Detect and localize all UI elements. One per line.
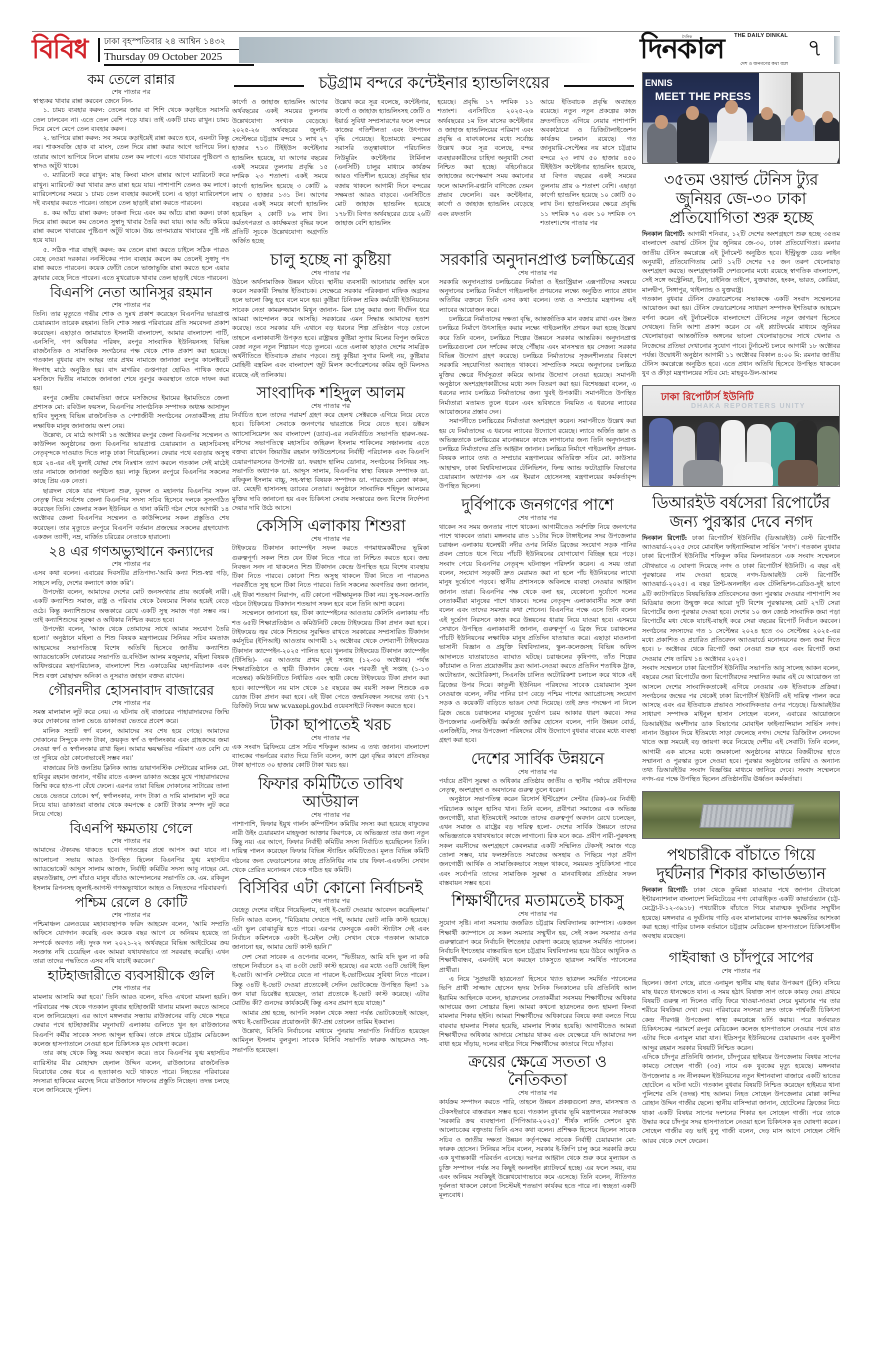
paragraph: উল্লেখ্য, যে মাঠে আগামী ১৪ অক্টোবর রংপুর… xyxy=(33,431,229,487)
continued-kicker: শেষ পাতার পর xyxy=(232,269,429,278)
article: দুর্বিপাকে জনগণের পাশেশেষ পাতার পরথাকেন … xyxy=(439,496,636,746)
continued-kicker: শেষ পাতার পর xyxy=(232,811,429,820)
paragraph: পশ্চিমাঞ্চল রেলওয়ের মহাব্যবস্থাপক ফরিদ … xyxy=(33,920,229,966)
lead-column: হয়েছে। প্রবৃদ্ধি ১৭ দশমিক ১১ শতাংশ। এনস… xyxy=(438,98,534,247)
date-block: ঢাকা বৃহস্পতিবার ২৪ আশ্বিন ১৪৩২ Thursday… xyxy=(104,36,254,66)
article-body: যেহেতু দেশের বাইরে গিয়েছিলাম, তাই ই-ভোট… xyxy=(232,906,429,1055)
continued-kicker: শেষ পাতার পর xyxy=(33,560,229,569)
photo-person xyxy=(733,462,773,486)
snake-story-body: ছিলেন। জানা গেছে, রাতে এনামুল স্থানীয় ম… xyxy=(642,979,840,1146)
article-headline: চালু হচ্ছে না কুষ্টিয়া xyxy=(232,251,429,269)
article-body: আমাদের ঐক্যবদ্ধ থাকতে হবে। গণতন্ত্রের প্… xyxy=(33,846,229,892)
photo-person xyxy=(683,460,723,486)
article: হাটহাজারীতে ব্যবসায়ীকে গুলিশেষ পাতার পর… xyxy=(33,968,229,1095)
lead-headline-row: চট্টগ্রাম বন্দরে কন্টেইনার হ্যান্ডলিংয়ে… xyxy=(232,74,636,96)
paragraph: তিনি। তার মৃত্যুতে গভীর শোক ও দুঃখ প্রকা… xyxy=(33,310,229,394)
photo-banner-small: ENNIS xyxy=(645,78,673,88)
paragraph: কার্যক্রম সম্পাদন করতে পারি, তাহলে উন্নয… xyxy=(439,1098,636,1200)
paragraph: ৪. কম আঁচে রান্না করুন: ঢাকনা দিয়ে এবং … xyxy=(33,209,229,246)
article-body: পাশাপাশি, ফিফার ইয়ুথ গার্লস কম্পিটিশন ক… xyxy=(232,820,429,876)
paragraph: দেশ সেরা সাবেক এ ওপেনার বলেন, "দ্বিতীয়ত… xyxy=(232,953,429,1009)
photo-person xyxy=(677,113,709,163)
photo-person-head xyxy=(822,111,833,123)
lead-column: আয়ে ইতিবাচক প্রবৃদ্ধি অব্যাহত রয়েছে। ন… xyxy=(540,98,636,247)
middle-left-stack: চালু হচ্ছে না কুষ্টিয়াশেষ পাতার পরউঠলে … xyxy=(232,247,429,1201)
paragraph: এ নিয়ে 'সুপ্রভাবী ছাত্রনেতা' হিসেবে খ্য… xyxy=(439,975,636,1049)
lead-article-columns: কার্গো ও জাহাজ হ্যান্ডলিং আগের অর্থবছরের… xyxy=(232,98,636,247)
paragraph: ৫. সঠিক পাত্র বাছাই করুন: কম তেলে রান্না… xyxy=(33,246,229,283)
covered-van-photo xyxy=(642,791,840,839)
photo-person xyxy=(649,418,673,486)
paragraph: ১. চামচ ব্যবহার করুন: তেলের জার বা শিশি … xyxy=(33,106,229,134)
article: পশ্চিম রেলে ৪ কোটিশেষ পাতার পরপশ্চিমাঞ্চ… xyxy=(33,895,229,966)
paragraph: সমস্ত মালামাল লুট করে নেয়। এ ঘটনায় ওই … xyxy=(33,708,229,727)
article-body: তিনি। তার মৃত্যুতে গভীর শোক ও দুঃখ প্রকা… xyxy=(33,310,229,542)
article: ক্রয়ের ক্ষেত্রে সততা ও নৈতিকতাশেষ পাতার… xyxy=(439,1053,636,1200)
paragraph: রংপুর কেন্দ্রীয় কেরামতিয়া জামে মসজিদের… xyxy=(33,394,229,431)
tennis-press-photo: ENNIS MEET THE PRESS xyxy=(642,72,840,164)
continued-kicker: শেষ পাতার পর xyxy=(439,768,636,777)
masthead: বিবিধ ঢাকা বৃহস্পতিবার ২৪ আশ্বিন ১৪৩২ Th… xyxy=(32,31,840,65)
paragraph: থাকেন সব সময় জনতার পাশে থাকেন। আগামীতেও… xyxy=(439,523,636,746)
article: বিএনপি ক্ষমতায় গেলেশেষ পাতার পরআমাদের ঐ… xyxy=(33,821,229,892)
article-body: উঠলে অর্থসামাজিক উন্নয়ন ঘটবে। স্থানীয় … xyxy=(232,278,429,380)
paper-logo: দিনকাল দৈনিক THE DAILY DINKAL দেশ ও জনগণ… xyxy=(640,33,788,67)
photo-person-head xyxy=(793,109,805,122)
article-body: সমস্ত মালামাল লুট করে নেয়। এ ঘটনায় ওই … xyxy=(33,708,229,820)
photo-person-head xyxy=(725,100,738,114)
van-story-body: দিনকাল রিপোর্ট: ঢাকা থেকে কুমিল্লা যাওয়… xyxy=(642,886,840,942)
headline-rule-right xyxy=(564,85,634,87)
left-column: কম তেলে রান্নারশেষ পাতার পরস্বাস্থ্যকর খ… xyxy=(33,70,229,1096)
photo-person-head xyxy=(761,107,773,120)
lead-headline: চট্টগ্রাম বন্দরে কন্টেইনার হ্যান্ডলিংয়ে… xyxy=(232,74,636,92)
article-headline: টাকা ছাপাতেই খরচ xyxy=(232,716,429,734)
paragraph: মালিক সম্রাট স্বর্ণ বলেন, আমাদের সব শেষ … xyxy=(33,727,229,764)
article-body: থাকেন সব সময় জনতার পাশে থাকেন। আগামীতেও… xyxy=(439,523,636,746)
article-headline: গৌরনদীর হোসনাবাদ বাজারের xyxy=(33,683,229,699)
article: ২৪ এর গণঅভ্যুত্থানে কন্যাদেরশেষ পাতার পর… xyxy=(33,544,229,681)
paragraph: মামলায় আসামি করা হবে।' তিনি আরও বলেন, য… xyxy=(33,993,229,1049)
article-headline: বিএনপি নেতা আনিসুর রহমান xyxy=(33,285,229,301)
middle-section: চট্টগ্রাম বন্দরে কন্টেইনার হ্যান্ডলিংয়ে… xyxy=(232,70,636,1201)
continued-kicker: শেষ পাতার পর xyxy=(33,301,229,310)
article: চালু হচ্ছে না কুষ্টিয়াশেষ পাতার পরউঠলে … xyxy=(232,251,429,380)
photo-van-shape xyxy=(699,804,794,828)
continued-kicker: শেষ পাতার পর xyxy=(439,1089,636,1098)
photo-banner-english: DHAKA REPORTERS UNITY xyxy=(691,403,805,410)
paragraph: উল্লেখ্য, বিসিবি নির্বাচনের মাধ্যমে পুনর… xyxy=(232,1027,429,1055)
photo-person xyxy=(647,123,677,163)
article-headline: ২৪ এর গণঅভ্যুত্থানে কন্যাদের xyxy=(33,544,229,560)
article-body: পশ্চিমাঞ্চল রেলওয়ের মহাব্যবস্থাপক ফরিদ … xyxy=(33,920,229,966)
continued-kicker: শেষ পাতার পর xyxy=(232,402,429,411)
masthead-gradient-band xyxy=(239,37,599,63)
article-headline: বিসিবির এটা কোনো নির্বাচনই xyxy=(232,879,429,897)
continued-kicker: শেষ পাতার পর xyxy=(439,514,636,523)
paragraph: উপদেষ্টা বলেন, আমাদের দেশের মোট জনসংখ্যা… xyxy=(33,588,229,625)
paragraph: আগামী শনিবার, ১২টি দেশের অংশগ্রহণে শুরু … xyxy=(642,230,840,294)
paragraph: সুযোগ সৃষ্টি। নানা সমস্যায় জর্জরিত চট্ট… xyxy=(439,919,636,975)
continued-kicker: শেষ পাতার পর xyxy=(33,837,229,846)
paragraph: ৩. ম্যারিনেট করে রাখুন: মাছ কিংবা মাংস র… xyxy=(33,171,229,208)
article-body: এক সংবাদ ব্রিফিংয়ে প্রেস সচিব শফিকুল আল… xyxy=(232,743,429,771)
paragraph: গতকাল বুধবার টেনিস ফেডারেশনের সভাকক্ষে এ… xyxy=(642,295,840,379)
continued-kicker: শেষ পাতার পর xyxy=(33,88,229,97)
article-body: সরকারি অনুদানপ্রাপ্ত চলচ্চিত্রের নির্মাত… xyxy=(439,278,636,492)
article-body: মামলায় আসামি করা হবে।' তিনি আরও বলেন, য… xyxy=(33,993,229,1095)
article-body: নির্বাচিত হলে তাদের পরামর্শ গ্রহণ করে হে… xyxy=(232,411,429,513)
paragraph: বাজারের নিউ জনপ্রিয় ক্লিনিক অ্যান্ড ডায… xyxy=(33,764,229,820)
right-column: ENNIS MEET THE PRESS ৩৫তম ওয়ার্ল্ড টেনি… xyxy=(642,72,840,1146)
article-headline: হাটহাজারীতে ব্যবসায়ীকে গুলি xyxy=(33,968,229,984)
paragraph: নির্বাচিত হলে তাদের পরামর্শ গ্রহণ করে হে… xyxy=(232,411,429,513)
article: বিএনপি নেতা আনিসুর রহমানশেষ পাতার পরতিনি… xyxy=(33,285,229,542)
paragraph: পর্যায়ে প্রবীণ সুরক্ষা ও অধিকার প্রতিষ্… xyxy=(439,777,636,796)
middle-right-stack: সরকারি অনুদানপ্রাপ্ত চলচ্চিত্রেরশেষ পাতা… xyxy=(439,247,636,1201)
photo-table xyxy=(709,141,840,163)
continued-kicker: শেষ পাতার পর xyxy=(33,911,229,920)
continued-kicker: শেষ পাতার পর xyxy=(232,734,429,743)
lead-column: উল্লেখ করে সূত্র বলেছে, কন্টেইনার, কার্গ… xyxy=(335,98,431,247)
dru-story-body: দিনকাল রিপোর্ট: ঢাকা রিপোর্টার্স ইউনিটির… xyxy=(642,534,840,785)
paragraph: সম্মেলনে জানানো হয়, টিকা ক্যাম্পেইনের আ… xyxy=(232,609,429,711)
article-headline: দেশের সার্বিক উন্নয়নে xyxy=(439,750,636,768)
photo-banner-text: MEET THE PRESS xyxy=(655,91,751,103)
article: বিসিবির এটা কোনো নির্বাচনইশেষ পাতার পরযে… xyxy=(232,879,429,1055)
article-headline: কেসিসি এলাকায় শিশুরা xyxy=(232,517,429,535)
article-body: পর্যায়ে প্রবীণ সুরক্ষা ও অধিকার প্রতিষ্… xyxy=(439,777,636,889)
paragraph: তার কাছ থেকে কিছু সময় অবস্থান করে। তবে … xyxy=(33,1049,229,1095)
masthead-divider xyxy=(98,38,100,62)
paragraph: আমার প্রশ্ন হচ্ছে, আপনি সকাল থেকে সন্ধ্য… xyxy=(232,1009,429,1028)
paper-slogan: দেশ ও জনগণের কথা বলে xyxy=(740,61,788,68)
paragraph: সমাপনীতে চলচ্চিত্রের নির্মাতারা অংশগ্রহণ… xyxy=(439,417,636,491)
paragraph: পাশাপাশি, ফিফার ইয়ুথ গার্লস কম্পিটিশন ক… xyxy=(232,820,429,876)
paragraph: স্বাস্থ্যকর খাবার রান্না করবেন জেনে নিন- xyxy=(33,97,229,106)
paragraph: উপদেষ্টা বলেন, 'আজ থেকে তোমাদের সাথে আমা… xyxy=(33,625,229,681)
article-body: স্বাস্থ্যকর খাবার রান্না করবেন জেনে নিন-… xyxy=(33,97,229,283)
lead-column: কার্গো ও জাহাজ হ্যান্ডলিং আগের অর্থবছরের… xyxy=(232,98,328,247)
article: সরকারি অনুদানপ্রাপ্ত চলচ্চিত্রেরশেষ পাতা… xyxy=(439,251,636,492)
continued-kicker: শেষ পাতার পর xyxy=(439,269,636,278)
article-headline: ক্রয়ের ক্ষেত্রে সততা ও নৈতিকতা xyxy=(439,1053,636,1089)
continued-kicker: শেষ পাতার পর xyxy=(642,967,840,976)
paragraph: অনুষ্ঠানে সভাপতিত্ব করেন রিসোর্স ইন্টিগ্… xyxy=(439,795,636,888)
continued-kicker: শেষ পাতার পর xyxy=(232,535,429,544)
dru-press-photo: ঢাকা রিপোর্টার্স ইউনিটি DHAKA REPORTERS … xyxy=(642,385,840,487)
article-headline: কম তেলে রান্নার xyxy=(33,72,229,88)
article: টাকা ছাপাতেই খরচশেষ পাতার পরএক সংবাদ ব্র… xyxy=(232,716,429,771)
reporter-credit: দিনকাল রিপোর্ট: xyxy=(642,886,688,894)
paragraph: ২. ভাপিয়ে রান্না করুন: সব সময়ে কড়াইয়… xyxy=(33,134,229,171)
paragraph: টাইফয়েড টিকাদান ক্যাম্পেইন সফল করতে গণম… xyxy=(232,544,429,609)
tennis-story-body: দিনকাল রিপোর্ট: আগামী শনিবার, ১২টি দেশের… xyxy=(642,230,840,379)
date-bengali: ঢাকা বৃহস্পতিবার ২৪ আশ্বিন ১৪৩২ xyxy=(104,36,254,50)
date-english: Thursday 09 October 2025 xyxy=(104,50,254,66)
photo-person-head xyxy=(686,106,699,120)
van-headline: পথচারীকে বাঁচাতে গিয়ে দুর্ঘটনার শিকার ক… xyxy=(642,845,840,883)
article-headline: দুর্বিপাকে জনগণের পাশে xyxy=(439,496,636,514)
article-body: এসব কথা বলেন। এবারের দিবসটির প্রতিপাদ্য-… xyxy=(33,569,229,681)
article: দেশের সার্বিক উন্নয়নেশেষ পাতার পরপর্যায… xyxy=(439,750,636,889)
reporter-credit: দিনকাল রিপোর্ট: xyxy=(642,230,685,238)
article-headline: সাংবাদিক শহিদুল আলম xyxy=(232,384,429,402)
paragraph: সংবাদ সম্মেলনে ঢাকা রিপোর্টার্স ইউনিটির … xyxy=(642,664,840,785)
article: ফিফার কমিটিতে তাবিথ আউয়ালশেষ পাতার পরপা… xyxy=(232,775,429,876)
paragraph: যেহেতু দেশের বাইরে গিয়েছিলাম, তাই ই-ভোট… xyxy=(232,906,429,952)
paragraph: ঢাকা রিপোর্টার্স ইউনিটির (ডিআরইউ) বেস্ট … xyxy=(642,534,840,663)
article-headline: শিক্ষার্থীদের মতামতেই চাকসু xyxy=(439,892,636,910)
article: সাংবাদিক শহিদুল আলমশেষ পাতার পরনির্বাচিত… xyxy=(232,384,429,513)
page-number-bar xyxy=(834,36,840,64)
page-number: ৭ xyxy=(807,34,823,62)
middle-two-columns: চালু হচ্ছে না কুষ্টিয়াশেষ পাতার পরউঠলে … xyxy=(232,247,636,1201)
continued-kicker: শেষ পাতার পর xyxy=(232,897,429,906)
article: গৌরনদীর হোসনাবাদ বাজারেরশেষ পাতার পরসমস্… xyxy=(33,683,229,820)
dru-headline: ডিআরইউ বর্ষসেরা রিপোর্টের জন্য পুরস্কার … xyxy=(642,493,840,531)
reporter-credit: দিনকাল রিপোর্ট: xyxy=(642,534,687,542)
article-headline: বিএনপি ক্ষমতায় গেলে xyxy=(33,821,229,837)
article-headline: পশ্চিম রেলে ৪ কোটি xyxy=(33,895,229,911)
article: শিক্ষার্থীদের মতামতেই চাকসুশেষ পাতার পরস… xyxy=(439,892,636,1049)
headline-rule-left xyxy=(234,85,304,87)
continued-kicker: শেষ পাতার পর xyxy=(33,699,229,708)
photo-person xyxy=(778,460,818,486)
paragraph: ছাত্রদল থেকে যার পথচলা শুরু, যুবদল ও মহা… xyxy=(33,487,229,543)
paragraph: ছিলেন। জানা গেছে, রাতে এনামুল স্থানীয় ম… xyxy=(642,979,840,1053)
continued-kicker: শেষ পাতার পর xyxy=(439,910,636,919)
article-body: টাইফয়েড টিকাদান ক্যাম্পেইন সফল করতে গণম… xyxy=(232,544,429,711)
article: কেসিসি এলাকায় শিশুরাশেষ পাতার পরটাইফয়ে… xyxy=(232,517,429,711)
paragraph: এক সংবাদ ব্রিফিংয়ে প্রেস সচিব শফিকুল আল… xyxy=(232,743,429,771)
paper-tag: দৈনিক xyxy=(682,34,692,41)
section-title: বিবিধ xyxy=(32,36,87,64)
paragraph: উঠলে অর্থসামাজিক উন্নয়ন ঘটবে। স্থানীয় … xyxy=(232,278,429,380)
article: কম তেলে রান্নারশেষ পাতার পরস্বাস্থ্যকর খ… xyxy=(33,72,229,283)
article-body: সুযোগ সৃষ্টি। নানা সমস্যায় জর্জরিত চট্ট… xyxy=(439,919,636,1049)
paper-tag-english: THE DAILY DINKAL xyxy=(734,33,788,39)
photo-person xyxy=(817,426,839,486)
paragraph: এদিকে চাঁদপুর প্রতিনিধি জানান, চাঁদপুরের… xyxy=(642,1053,840,1146)
snake-headline: গাইবান্ধা ও চাঁদপুরে সাপের xyxy=(642,950,840,967)
article-body: কার্যক্রম সম্পাদন করতে পারি, তাহলে উন্নয… xyxy=(439,1098,636,1200)
tennis-headline: ৩৫তম ওয়ার্ল্ড টেনিস ট্যুর জুনিয়র জে-৩০… xyxy=(642,170,840,227)
article-headline: সরকারি অনুদানপ্রাপ্ত চলচ্চিত্রের xyxy=(439,251,636,269)
article-headline: ফিফার কমিটিতে তাবিথ আউয়াল xyxy=(232,775,429,811)
paragraph: চলচ্চিত্রে নির্মাতাদের দক্ষতা বৃদ্ধি, আন… xyxy=(439,315,636,417)
paragraph: আমাদের ঐক্যবদ্ধ থাকতে হবে। গণতন্ত্রের প্… xyxy=(33,846,229,892)
photo-person-head xyxy=(655,115,668,129)
continued-kicker: শেষ পাতার পর xyxy=(33,984,229,993)
paragraph: সরকারি অনুদানপ্রাপ্ত চলচ্চিত্রের নির্মাত… xyxy=(439,278,636,315)
paragraph: এসব কথা বলেন। এবারের দিবসটির প্রতিপাদ্য-… xyxy=(33,569,229,588)
